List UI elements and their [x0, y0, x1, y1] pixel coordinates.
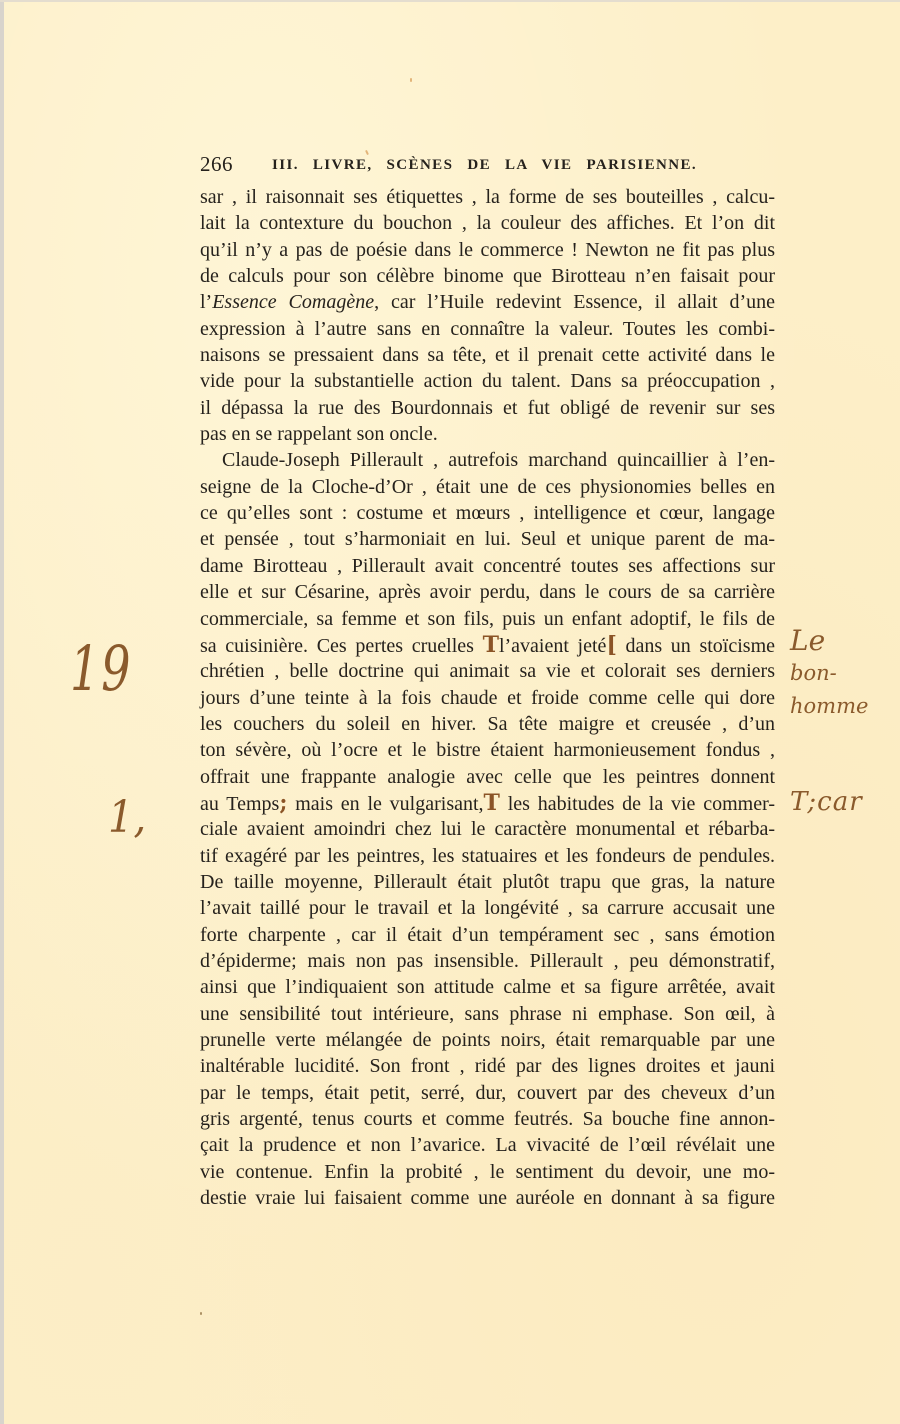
text-line: ainsi que l’indiquaient son attitude cal…	[200, 974, 775, 1000]
text-line: gris argenté, tenus courts et comme feut…	[200, 1106, 775, 1132]
paper-fleck	[200, 1312, 202, 1315]
body-text: sar , il raisonnait ses étiquettes , la …	[200, 184, 775, 1211]
text-line: commerciale, sa femme et son fils, puis …	[200, 606, 775, 632]
scan-edge-left	[0, 0, 4, 1424]
insertion-mark-icon: T	[484, 790, 500, 816]
text-line: qu’il n’y a pas de poésie dans le commer…	[200, 237, 775, 263]
text-line: inaltérable lucidité. Son front , ridé p…	[200, 1053, 775, 1079]
text-line: vide pour la substantielle action du tal…	[200, 368, 775, 394]
text-line: prunelle verte mélangée de points noirs,…	[200, 1027, 775, 1053]
text-line: vie contenue. Enfin la probité , le sent…	[200, 1159, 775, 1185]
insertion-mark-icon: T	[483, 632, 499, 658]
margin-note-right-insertion: T;car	[790, 782, 863, 822]
text-line: çait la prudence et non l’avarice. La vi…	[200, 1132, 775, 1158]
text-line: ce qu’elles sont : costume et mœurs , in…	[200, 500, 775, 526]
text-segment: au Temps	[200, 793, 279, 815]
text-line: elle et sur Césarine, après avoir perdu,…	[200, 579, 775, 605]
text-segment: mais en le vulgarisant,	[287, 793, 483, 815]
margin-note-left-number: 19	[70, 628, 133, 709]
margin-note-left-mark: 1,	[108, 790, 146, 845]
text-line: seigne de la Cloche-d’Or , était une de …	[200, 474, 775, 500]
text-line: destie vraie lui faisaient comme une aur…	[200, 1185, 775, 1211]
bracket-mark-icon: [	[606, 632, 616, 658]
margin-note-line: Le	[790, 624, 868, 657]
text-line: dame Birotteau , Pillerault avait concen…	[200, 553, 775, 579]
text-segment: l’avaient jeté	[499, 635, 606, 657]
text-line: chrétien , belle doctrine qui animait sa…	[200, 658, 775, 684]
text-segment: dans un stoïcisme	[617, 635, 775, 657]
text-segment: l’	[200, 291, 212, 313]
page-number: 266	[200, 150, 233, 178]
text-line: expression à l’autre sans en connaître l…	[200, 316, 775, 342]
text-line: il dépassa la rue des Bourdonnais et fut…	[200, 395, 775, 421]
text-line-annotated: sa cuisinière. Ces pertes cruelles Tl’av…	[200, 632, 775, 658]
text-line: offrait une frappante analogie avec cell…	[200, 764, 775, 790]
text-line: d’épiderme; mais non pas insensible. Pil…	[200, 948, 775, 974]
text-line: et pensée , tout s’harmoniait en lui. Se…	[200, 526, 775, 552]
text-line-annotated: au Temps; mais en le vulgarisant,T les h…	[200, 790, 775, 816]
text-line: ton sévère, où l’ocre et le bistre étaie…	[200, 737, 775, 763]
paper-fleck	[410, 78, 412, 82]
text-line: jours d’une teinte à la fois chaude et f…	[200, 685, 775, 711]
text-line: l’Essence Comagène, car l’Huile redevint…	[200, 289, 775, 315]
margin-note-line: bon-	[790, 657, 868, 690]
text-line: par le temps, était petit, serré, dur, c…	[200, 1080, 775, 1106]
italic-title: Essence Comagène	[212, 291, 374, 313]
text-line: l’avait taillé pour le travail et la lon…	[200, 895, 775, 921]
text-segment: les habitudes de la vie commer-	[500, 793, 775, 815]
text-line: tif exagéré par les peintres, les statua…	[200, 843, 775, 869]
text-line: une sensibilité tout intérieure, sans ph…	[200, 1001, 775, 1027]
running-header: 266 III. LIVRE, SCÈNES DE LA VIE PARISIE…	[200, 150, 697, 178]
margin-note-right-correction: Le bon- homme	[790, 624, 868, 723]
text-line-paragraph-start: Claude-Joseph Pillerault , autrefois mar…	[200, 447, 775, 473]
running-title: III. LIVRE, SCÈNES DE LA VIE PARISIENNE.	[272, 152, 697, 178]
text-line: ciale avaient amoindri chez lui le carac…	[200, 816, 775, 842]
text-line-paragraph-end: pas en se rappelant son oncle.	[200, 421, 775, 447]
text-line: De taille moyenne, Pillerault était plut…	[200, 869, 775, 895]
text-line: de calculs pour son célèbre binome que B…	[200, 263, 775, 289]
text-segment: , car l’Huile redevint Essence, il allai…	[374, 291, 775, 313]
text-line: forte charpente , car il était d’un temp…	[200, 922, 775, 948]
text-segment: sa cuisinière. Ces pertes cruelles	[200, 635, 483, 657]
text-line: les couchers du soleil en hiver. Sa tête…	[200, 711, 775, 737]
margin-note-line: homme	[790, 690, 868, 723]
text-line: naisons se pressaient dans sa tête, et i…	[200, 342, 775, 368]
text-line: lait la contexture du bouchon , la coule…	[200, 210, 775, 236]
scan-edge-top	[0, 0, 900, 2]
text-line: sar , il raisonnait ses étiquettes , la …	[200, 184, 775, 210]
